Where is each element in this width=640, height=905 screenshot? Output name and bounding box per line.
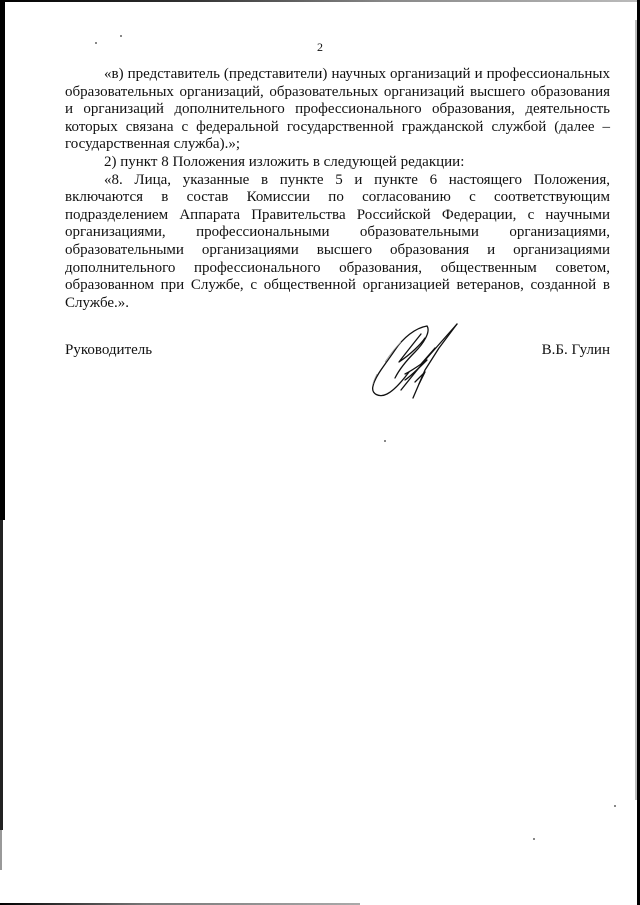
scan-border-left-bottom: [0, 830, 2, 870]
scan-border-left: [0, 0, 5, 520]
scan-speck: [384, 440, 386, 442]
handwritten-signature-icon: [365, 318, 475, 408]
paragraph-item-v: «в) представитель (представители) научны…: [65, 66, 610, 154]
scan-border-top: [0, 0, 640, 2]
signer-name: В.Б. Гулин: [542, 342, 610, 359]
scan-border-left-lower: [0, 520, 3, 830]
scan-border-right-shade: [635, 20, 637, 800]
paragraph-point-8: «8. Лица, указанные в пункте 5 и пункте …: [65, 172, 610, 313]
scan-speck: [533, 838, 535, 840]
signer-title: Руководитель: [65, 342, 152, 359]
document-body: «в) представитель (представители) научны…: [65, 66, 610, 312]
signature-block: Руководитель В.Б. Гулин: [65, 342, 610, 362]
scan-speck: [614, 805, 616, 807]
page-number: 2: [0, 40, 640, 55]
scan-speck: [120, 35, 122, 37]
paragraph-item-2: 2) пункт 8 Положения изложить в следующе…: [65, 154, 610, 172]
